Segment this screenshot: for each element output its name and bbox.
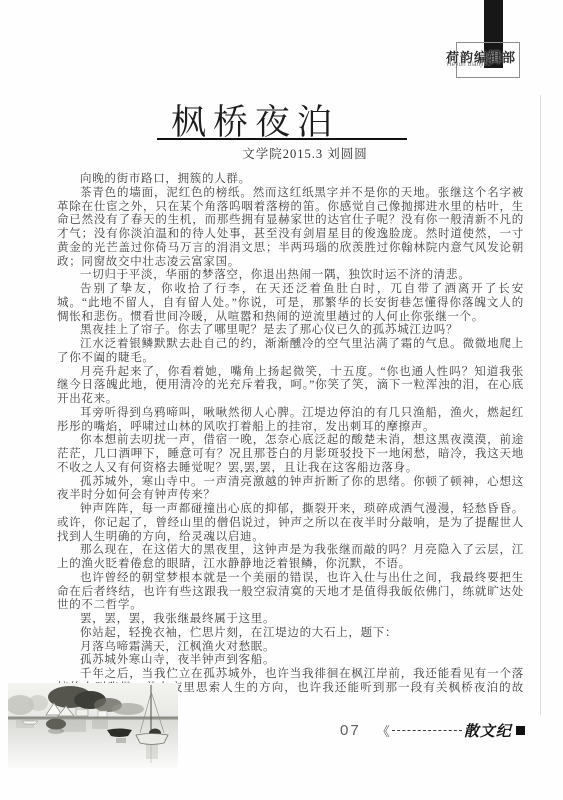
paragraph: 你本想前去叨扰一声，借宿一晚，怎奈心底泛起的酸楚未消，想这黑夜漠漠，前途茫茫，几… [57,434,524,475]
paragraph: 钟声阵阵，每一声都碰撞出心底的抑郁，撕裂开来，琐碎成酒气漫漫，轻愁昏昏。或许，你… [57,503,524,544]
paragraph: 你站起，轻挽衣袖，伫思片刻，在江堤边的大石上，题下： [57,627,524,641]
page-footer: 07 《 散文纪 [340,720,525,740]
title-underline [157,138,407,140]
paragraph: 向晚的街市路口，拥簇的人群。 [57,173,524,187]
footer-dashed-line [392,730,462,731]
paragraph: 孤苏城外寒山寺，夜半钟声到客船。 [57,654,524,668]
paragraph: 告别了挚友，你收拾了行李，在天还泛着鱼肚白时，兀自带了酒离开了长安城。“此地不留… [57,283,524,324]
end-square-mark [516,726,525,735]
paragraph: 耳旁听得到乌鸦啼叫，啾啾然彻人心脾。江堤边停泊的有几只渔船，渔火，燃起红彤彤的嘴… [57,407,524,435]
article-byline: 文学院2015.3 刘圆圆 [157,144,407,162]
magazine-page: 荷韵编辑部 Heyun bianjibu 枫桥夜泊 文学院2015.3 刘圆圆 … [0,0,563,800]
paragraph: 月落乌啼霜满天，江枫渔火对愁眠。 [57,641,524,655]
paragraph: 罢，罢，罢，我张继最终属于这里。 [57,613,524,627]
page-number: 07 [340,722,361,739]
paragraph: 月亮升起来了，你看着她，嘴角上扬起微笑，十五度。“你也通人性吗？知道我张继今日落… [57,366,524,407]
paragraph: 也许曾经的朝堂梦根本就是一个美丽的错误，也许入仕与出仕之间，我最终要把生命在后者… [57,572,524,613]
editorial-stamp-pinyin: Heyun bianjibu [447,62,517,68]
harbor-painting [8,683,178,768]
paragraph: 孤苏城外，寒山寺中。一声清亮激越的钟声折断了你的思绪。你顿了顿神，心想这夜半时分… [57,476,524,504]
guillemet-mark: 《 [377,721,390,740]
article-body: 向晚的街市路口，拥簇的人群。茶青色的墙面，泥红色的榜纸。然而这红纸黑字并不是你的… [57,173,524,709]
paragraph: 茶青色的墙面，泥红色的榜纸。然而这红纸黑字并不是你的天地。张继这个名字被革除在仕… [57,187,524,270]
right-margin-rule [540,95,541,715]
paragraph: 黑夜挂上了帘子。你去了哪里呢？是去了那心仪已久的孤苏城江边吗？ [57,324,524,338]
section-label: 散文纪 [464,720,512,741]
paragraph: 那么现在，在这偌大的黑夜里，这钟声是为我张继而敲的吗？月亮隐入了云层，江上的渔火… [57,544,524,572]
paragraph: 江水泛着银鳞默默去赴自己的约，渐渐醺冷的空气里沾满了霜的气息。微微地爬上了你不阖… [57,338,524,366]
paragraph: 一切归于平淡，华丽的梦落空，你退出热闹一隅，独饮时运不济的清悲。 [57,269,524,283]
